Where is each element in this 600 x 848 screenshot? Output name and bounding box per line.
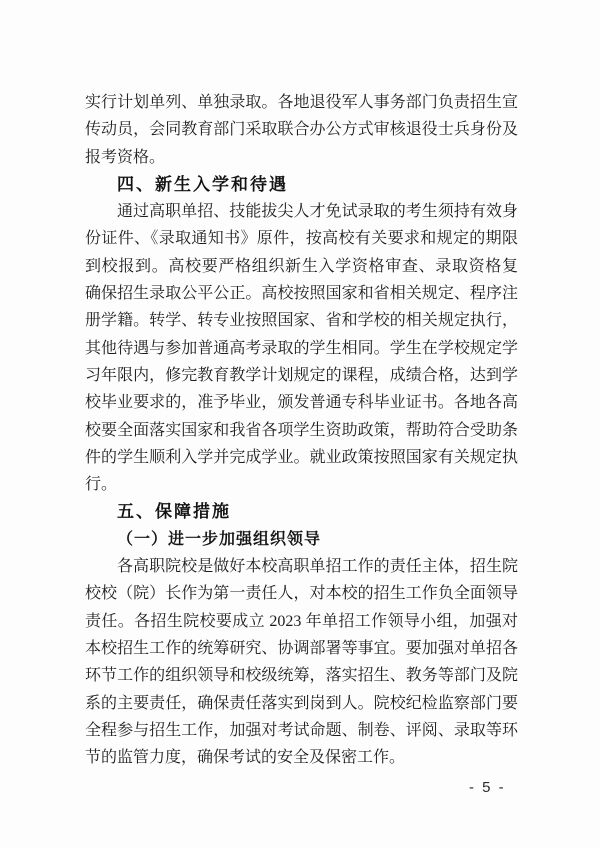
section-heading-4: 四、新生入学和待遇 [85,171,518,198]
text-line: 份证件、《录取通知书》原件，按高校有关要求和规定的期限 [85,225,518,252]
section-heading-5: 五、保障措施 [85,498,518,525]
text-line: 校要全面落实国家和我省各项学生资助政策，帮助符合受助条 [85,417,518,444]
text-line: 系的主要责任，确保责任落实到岗到人。院校纪检监察部门要 [85,690,518,717]
text-line: 传动员，会同教育部门采取联合办公方式审核退役士兵身份及 [85,116,518,143]
text-line: 行。 [85,471,518,498]
document-body: 实行计划单列、单独录取。各地退役军人事务部门负责招生宣 传动员，会同教育部门采取… [85,89,518,771]
text-line: 全程参与招生工作，加强对考试命题、制卷、评阅、录取等环 [85,717,518,744]
text-line: 校毕业要求的，准予毕业，颁发普通专科毕业证书。各地各高 [85,389,518,416]
text-line: 通过高职单招、技能拔尖人才免试录取的考生须持有效身 [85,198,518,225]
text-line: 实行计划单列、单独录取。各地退役军人事务部门负责招生宣 [85,89,518,116]
scanned-document-page: 实行计划单列、单独录取。各地退役军人事务部门负责招生宣 传动员，会同教育部门采取… [0,0,600,848]
text-line: 各高职院校是做好本校高职单招工作的责任主体，招生院 [85,553,518,580]
text-line: 其他待遇与参加普通高考录取的学生相同。学生在学校规定学 [85,335,518,362]
page-number: - 5 - [469,779,506,796]
text-line: 习年限内，修完教育教学计划规定的课程，成绩合格，达到学 [85,362,518,389]
text-line: 节的监管力度，确保考试的安全及保密工作。 [85,744,518,771]
text-line: 校校（院）长作为第一责任人，对本校的招生工作负全面领导 [85,580,518,607]
text-line: 责任。各招生院校要成立 2023 年单招工作领导小组，加强对 [85,608,518,635]
text-line: 册学籍。转学、转专业按照国家、省和学校的相关规定执行， [85,307,518,334]
text-line: 报考资格。 [85,144,518,171]
text-line: 件的学生顺利入学并完成学业。就业政策按照国家有关规定执 [85,444,518,471]
text-line: 到校报到。高校要严格组织新生入学资格审查、录取资格复查， [85,253,518,280]
subsection-heading-5-1: （一）进一步加强组织领导 [85,526,518,553]
text-line: 本校招生工作的统筹研究、协调部署等事宜。要加强对单招各 [85,635,518,662]
text-line: 环节工作的组织领导和校级统筹，落实招生、教务等部门及院 [85,662,518,689]
text-line: 确保招生录取公平公正。高校按照国家和省相关规定、程序注 [85,280,518,307]
